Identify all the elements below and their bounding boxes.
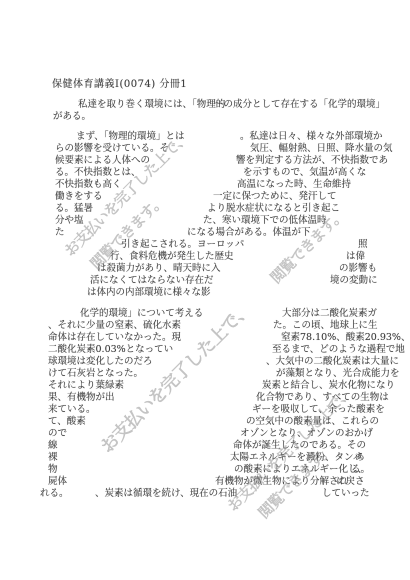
text-fragment: 一定に保つために、発汗して: [213, 191, 337, 203]
text-fragment: 引き起こされる。ヨーロッパ: [121, 239, 244, 251]
text-fragment: た: [55, 227, 65, 239]
text-fragment: 響を判定する方法が、不快指数であ: [236, 155, 388, 167]
text-fragment: 私達を取り巻く環境には、「物理的: [78, 99, 225, 111]
text-fragment: 有機物が微生物により分解され: [215, 476, 348, 488]
text-fragment: 裸: [48, 452, 58, 464]
text-fragment: 。私達は日々、様々な外部環境か: [240, 131, 383, 143]
text-fragment: 境の変動に: [330, 275, 378, 287]
text-fragment: ～の成分として存在する「化学的環境」: [214, 99, 385, 111]
text-fragment: けて石灰岩となった。: [48, 368, 143, 380]
text-fragment: は体内の内部環境に様々な影: [87, 287, 211, 299]
text-fragment: の空気中の酸素量は、これらの: [246, 416, 379, 428]
text-fragment: になる場合がある。体温が下: [187, 227, 311, 239]
text-fragment: 屍体: [48, 476, 67, 488]
text-fragment: 球環境は変化したのだろ: [48, 356, 153, 368]
text-fragment: より脱水症状になると引き起こ: [207, 203, 340, 215]
text-fragment: がある。: [53, 111, 91, 123]
document-page: 保健体育講義Ⅰ(0074) 分冊1 私達を取り巻く環境には、「物理的～の成分とし…: [0, 0, 410, 580]
text-fragment: 照: [358, 239, 368, 251]
text-fragment: る。猛暑: [55, 203, 93, 215]
text-fragment: ので: [48, 428, 67, 440]
text-fragment: らの影響を受けている。そ: [55, 143, 169, 155]
text-fragment: が藻類となり、光合成能力を: [276, 368, 400, 380]
text-fragment: していった: [322, 488, 370, 500]
text-fragment: 果、有機物が出: [48, 392, 115, 404]
text-fragment: を示すもので、気温が高くな: [243, 167, 366, 179]
text-fragment: る。: [351, 464, 370, 476]
text-fragment: 行、食料危機が発生した歴史: [110, 251, 234, 263]
text-fragment: 不快指数も高く: [55, 179, 122, 191]
text-fragment: 候要素による人体への: [55, 155, 150, 167]
text-fragment: 大部分は二酸化炭素ガ: [282, 308, 377, 320]
text-fragment: た、寒い環境下での低体温時: [203, 215, 327, 227]
text-fragment: は殺菌力があり、晴天時に入: [97, 263, 221, 275]
text-fragment: オゾンとなり、オゾンのおかげ: [240, 428, 373, 440]
text-fragment: れる。: [40, 488, 69, 500]
text-fragment: に戻さ: [336, 476, 365, 488]
text-fragment: 、炭素は循環を続け、現在の石油: [95, 488, 237, 500]
text-fragment: 化合物であり、すべての生物は: [256, 392, 389, 404]
text-fragment: 、大気中の二酸化炭素は大量に: [266, 356, 399, 368]
text-fragment: 働きをする: [55, 191, 103, 203]
text-fragment: 命体は存在していなかった。現: [48, 332, 181, 344]
text-fragment: 線: [48, 440, 58, 452]
text-fragment: それにより葉緑素: [48, 380, 124, 392]
text-fragment: 窒素78.10%、酸素20.93%、: [281, 332, 410, 344]
text-fragment: は偉: [346, 251, 365, 263]
text-fragment: 分や塩: [55, 215, 84, 227]
text-fragment: ギーを吸収して、余った酸素を: [252, 404, 385, 416]
text-fragment: 炭素と結合し、炭水化物になり: [262, 380, 395, 392]
text-fragment: の酸素によりエネルギー化し、: [234, 464, 367, 476]
text-fragment: 二酸化炭素0.03%となってい: [48, 344, 173, 356]
text-fragment: 来ている。: [48, 404, 96, 416]
text-fragment: 、それに少量の窒素、硫化水素: [48, 320, 181, 332]
text-fragment: 命体が誕生したのである。その: [233, 440, 366, 452]
text-fragment: 物: [48, 464, 58, 476]
text-fragment: た。この頃、地球上に生: [273, 320, 378, 332]
text-fragment: 気圧、輻射熱、日照、降水量の気: [250, 143, 393, 155]
text-fragment: る。不快指数とは、: [55, 167, 141, 179]
text-fragment: て、酸素: [48, 416, 86, 428]
text-fragment: まず、「物理的環境」とは: [76, 131, 185, 143]
text-fragment: の影響も: [339, 263, 377, 275]
text-fragment: あ: [355, 452, 365, 464]
page-title: 保健体育講義Ⅰ(0074) 分冊1: [52, 79, 187, 91]
text-fragment: 高温になった時、生命維持: [237, 179, 351, 191]
text-fragment: 化学的環境」について考える: [80, 308, 203, 320]
text-fragment: 太陽エネルギーを澱粉、タンパ: [230, 452, 362, 464]
text-fragment: 活になくてはならない存在だ: [90, 275, 214, 287]
text-fragment: 至るまで、どのような過程で地: [272, 344, 405, 356]
